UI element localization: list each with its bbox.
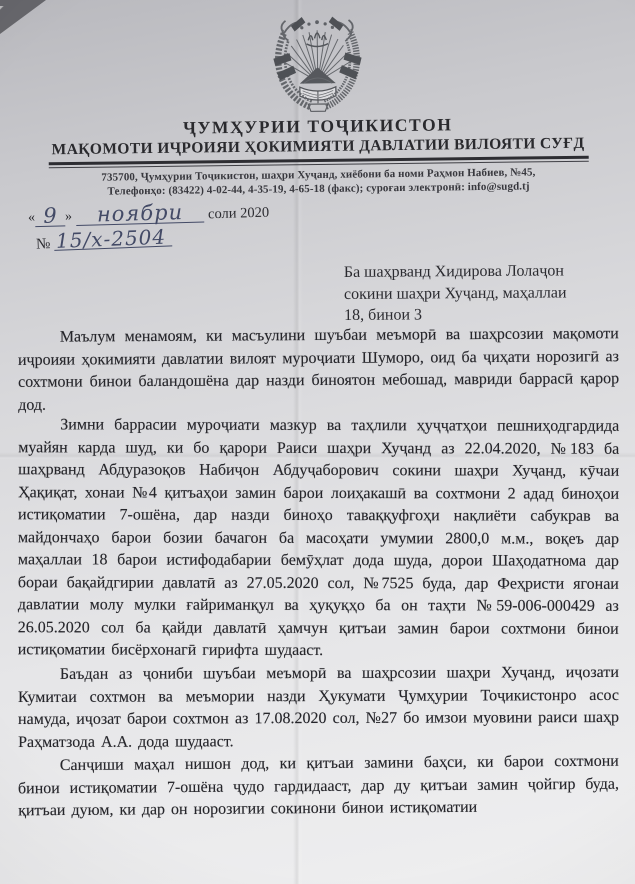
recipient-line: сокини шаҳри Хуҷанд, маҳаллаи (344, 282, 614, 305)
scanned-letter-photo: ҶУМҲУРИИ ТОҶИКИСТОН МАҚОМОТИ ИҶРОИЯИ ҲОК… (0, 0, 635, 884)
recipient-line: Ба шаҳрванд Хидирова Лолаҷон (344, 260, 614, 283)
paragraph: Маълум менамоям, ки масъулини шуъбаи меъ… (18, 323, 620, 417)
tajikistan-emblem-icon (257, 5, 376, 114)
close-quote: » (65, 209, 72, 224)
recipient-block: Ба шаҳрванд Хидирова Лолаҷон сокини шаҳр… (344, 260, 614, 326)
number-sign: № (36, 236, 51, 253)
handwritten-reference-number: 15/х-2504 (54, 228, 173, 251)
paragraph: Баъдан аз ҷониби шуъбаи меъморӣ ва шаҳрс… (18, 662, 619, 754)
handwritten-day: 9 (35, 205, 66, 227)
letter-page: ҶУМҲУРИИ ТОҶИКИСТОН МАҚОМОТИ ИҶРОИЯИ ҲОК… (0, 0, 635, 884)
handwritten-month: ноябри (76, 201, 205, 226)
letter-body: Маълум менамоям, ки масъулини шуъбаи меъ… (18, 325, 619, 821)
reference-number-field: № 15/х-2504 (36, 228, 173, 253)
year-label: соли 2020 (208, 205, 270, 223)
paragraph: Зимни баррасии муроҷиати мазкур ва таҳли… (18, 414, 620, 664)
date-field: «9»ноябрисоли 2020 (28, 200, 270, 229)
letterhead: ҶУМҲУРИИ ТОҶИКИСТОН МАҚОМОТИ ИҶРОИЯИ ҲОК… (0, 2, 635, 200)
paragraph: Санҷиши маҳал нишон дод, ки қитъаи замин… (18, 751, 620, 823)
